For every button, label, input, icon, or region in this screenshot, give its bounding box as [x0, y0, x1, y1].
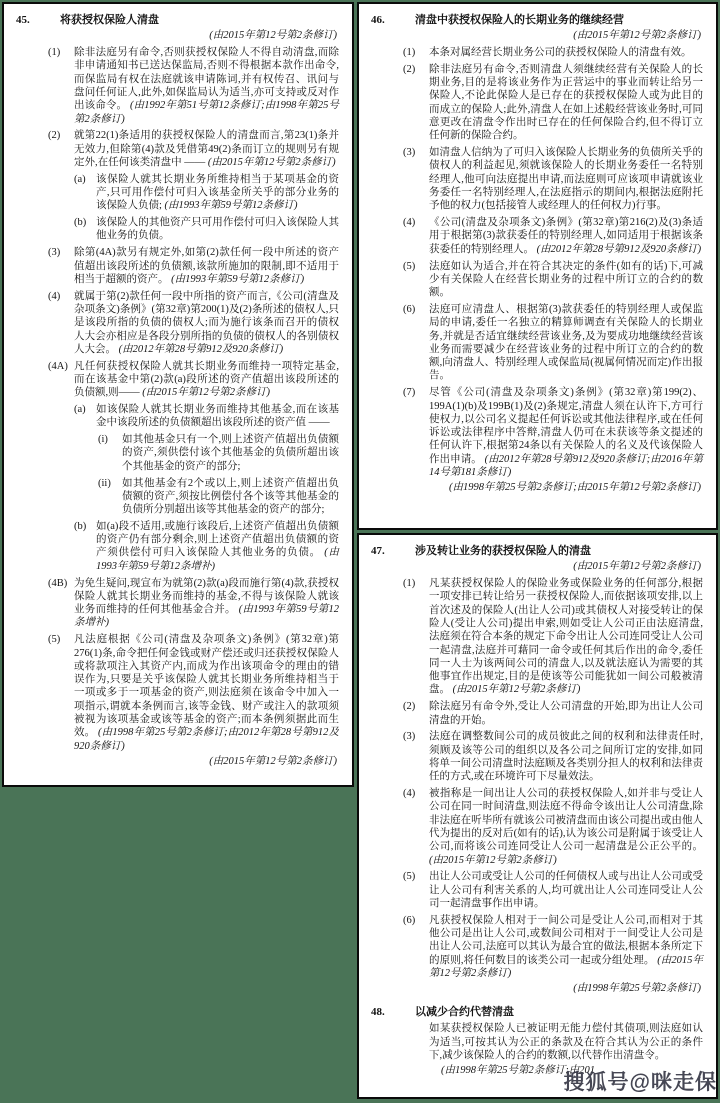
clause-text: 凡法庭根据《公司(清盘及杂项条文)条例》(第32章)第276(1)条,命令把任何…: [74, 633, 339, 753]
document-page: 45.将获授权保险人清盘(由2015年第12号第2条修订)(1)除非法庭另有命令…: [0, 0, 720, 1103]
clause-text: 如其他基金只有一个,则上述资产值超出负债额的资产,须供偿付该个其他基金的负债所超…: [122, 433, 339, 473]
clause-text: 本条对属经营长期业务公司的获授权保险人的清盘有效。: [429, 46, 703, 59]
amendment-text: (由2012年第28号第912及920条修订): [537, 244, 702, 255]
clause-4: (4)被指称是一间出让人公司的获授权保险人,如并非与受让人公司在同一时间清盘,则…: [369, 787, 703, 867]
section-number: 46.: [369, 14, 407, 27]
clause-text: 出让人公司或受让人公司的任何债权人或与出让人公司或受让人公司有利害关系的人,均可…: [429, 870, 703, 910]
section-title: 涉及转让业务的获授权保险人的清盘: [407, 545, 703, 558]
clause-2: (2)除非法庭另有命令,否则清盘人须继续经营有关保险人的长期业务,目的是将该业务…: [369, 63, 703, 143]
clause-label: (4A): [48, 360, 74, 400]
clause-ii: (ii)如其他基金有2个或以上,则上述资产值超出负债额的资产,须按比例偿付各个该…: [14, 477, 339, 517]
amendment-text: (由2015年第12号第2条修订): [142, 387, 270, 398]
clause-label: (1): [48, 46, 74, 126]
clause-text: 法庭在调整数间公司的成员彼此之间的权利和法律责任时,须顾及该等公司的组织以及各公…: [429, 730, 703, 783]
clause-text: 凡某获授权保险人的保险业务或保险业务的任何部分,根据一项安排已转让给另一获授权保…: [429, 577, 703, 697]
clause-1: (1)本条对属经营长期业务公司的获授权保险人的清盘有效。: [369, 46, 703, 59]
sohu-watermark: 搜狐号@咪走保: [564, 1066, 717, 1096]
clause-4B: (4B)为免生疑问,现宣布为就第(2)款(a)段而施行第(4)款,获授权保险人就…: [14, 577, 339, 630]
amendment-line: (由2015年第12号第2条修订): [14, 29, 339, 42]
clause-label: (ii): [98, 477, 122, 517]
clause-text: 该保险人就其长期业务所维持相当于某项基金的资产,只可用作偿付可归入该基金所关乎的…: [96, 173, 339, 213]
clause-label: (3): [403, 730, 429, 783]
clause-label: (1): [403, 577, 429, 697]
section-heading: 47.涉及转让业务的获授权保险人的清盘: [369, 545, 703, 558]
clause-5: (5)凡法庭根据《公司(清盘及杂项条文)条例》(第32章)第276(1)条,命令…: [14, 633, 339, 753]
amendment-text: (由1998年第25号第2条修订;由2012年第28号第912及920条修订): [74, 727, 339, 751]
clause-text: 如清盘人信纳为了可归入该保险人长期业务的负债所关乎的债权人的利益起见,须就该保险…: [429, 146, 703, 212]
section-45: 45.将获授权保险人清盘(由2015年第12号第2条修订)(1)除非法庭另有命令…: [14, 14, 339, 768]
clause-label: (2): [48, 129, 74, 169]
section-heading: 46.清盘中获授权保险人的长期业务的继续经营: [369, 14, 703, 27]
clause-1: (1)除非法庭另有命令,否则获授权保险人不得自动清盘,而除非申请通知书已送达保监…: [14, 46, 339, 126]
section-heading: 48.以减少合约代替清盘: [369, 1006, 703, 1019]
clause-text: 法庭如认为适合,并在符合其决定的条件(如有的话)下,可减少有关保险人在经营长期业…: [429, 260, 703, 300]
clause-text: 除法庭另有命令外,受让人公司清盘的开始,即为出让人公司清盘的开始。: [429, 700, 703, 727]
clause-label: (4): [403, 216, 429, 256]
clause-label: (6): [403, 914, 429, 980]
clause-text: 为免生疑问,现宣布为就第(2)款(a)段而施行第(4)款,获授权保险人就其长期业…: [74, 577, 339, 630]
clause-label: (5): [48, 633, 74, 753]
clause-4A: (4A)凡任何获授权保险人就其长期业务而维持一项特定基金,而在该基金中第(2)款…: [14, 360, 339, 400]
clause-2: (2)除法庭另有命令外,受让人公司清盘的开始,即为出让人公司清盘的开始。: [369, 700, 703, 727]
amendment-line: (由1998年第25号第2条修订;由2015年第12号第2条修订): [369, 481, 703, 494]
clause-label: (2): [403, 63, 429, 143]
clause-label: (3): [48, 246, 74, 286]
clause-text: 尽管《公司(清盘及杂项条文)条例》(第32章)第199(2)、199A(1)(b…: [429, 386, 703, 479]
clause-b: (b)如(a)段不适用,或施行该段后,上述资产值超出负债额的资产仍有部分剩余,则…: [14, 520, 339, 573]
clause-text: 该保险人的其他资产只可用作偿付可归入该保险人其他业务的负债。: [96, 216, 339, 243]
clause-i: (i)如其他基金只有一个,则上述资产值超出负债额的资产,须供偿付该个其他基金的负…: [14, 433, 339, 473]
section-number: 47.: [369, 545, 407, 558]
amendment-text: (由1993年第59号第12条修订): [165, 200, 298, 211]
clause-4: (4)《公司(清盘及杂项条文)条例》(第32章)第216(2)及(3)条适用于根…: [369, 216, 703, 256]
clause-4: (4)就属于第(2)款任何一段中所指的资产而言,《公司(清盘及杂项条文)条例》(…: [14, 290, 339, 356]
clause-3: (3)如清盘人信纳为了可归入该保险人长期业务的负债所关乎的债权人的利益起见,须就…: [369, 146, 703, 212]
clause-text: 如其他基金有2个或以上,则上述资产值超出负债额的资产,须按比例偿付各个该等其他基…: [122, 477, 339, 517]
amendment-text: (由2015年第12号第2条修订): [208, 157, 336, 168]
clause-text: 除非法庭另有命令,否则清盘人须继续经营有关保险人的长期业务,目的是将该业务作为正…: [429, 63, 703, 143]
right-column-box-bottom: 47.涉及转让业务的获授权保险人的清盘(由2015年第12号第2条修订)(1)凡…: [357, 533, 718, 1099]
section-46: 46.清盘中获授权保险人的长期业务的继续经营(由2015年第12号第2条修订)(…: [369, 14, 703, 495]
clause-label: (6): [403, 303, 429, 383]
clause-label: (7): [403, 386, 429, 479]
clause-label: (3): [403, 146, 429, 212]
clause-label: (b): [74, 216, 96, 243]
amendment-text: (由1993年第59号第12条增补): [74, 604, 339, 628]
clause-text: 如某获授权保险人已被证明无能力偿付其债项,则法庭如认为适当,可按其认为公正的条款…: [403, 1022, 703, 1062]
amendment-line: (由2015年第12号第2条修订): [369, 560, 703, 573]
amendment-text: (由2015年第12号第2条修订): [429, 955, 703, 979]
clause-label: (4): [403, 787, 429, 867]
amendment-text: (由2012年第28号第912及920条修订): [119, 344, 284, 355]
clause-label: (a): [74, 403, 96, 430]
amendment-text: (由1993年第59号第12条修订): [171, 274, 304, 285]
clause-text: 除非法庭另有命令,否则获授权保险人不得自动清盘,而除非申请通知书已送达保监局,否…: [74, 46, 339, 126]
clause-text: 如(a)段不适用,或施行该段后,上述资产值超出负债额的资产仍有部分剩余,则上述资…: [96, 520, 339, 573]
clause-label: (5): [403, 260, 429, 300]
clause-label: (1): [403, 46, 429, 59]
clause-label: (2): [403, 700, 429, 727]
clause-1: (1)凡某获授权保险人的保险业务或保险业务的任何部分,根据一项安排已转让给另一获…: [369, 577, 703, 697]
section-number: 45.: [14, 14, 52, 27]
clause-label: (5): [403, 870, 429, 910]
clause-label: (a): [74, 173, 96, 213]
amendment-text: (由2012年第28号第912及920条修订;由2016年第14号第181条修订…: [429, 454, 703, 478]
clause-5: (5)法庭如认为适合,并在符合其决定的条件(如有的话)下,可减少有关保险人在经营…: [369, 260, 703, 300]
clause-5: (5)出让人公司或受让人公司的任何债权人或与出让人公司或受让人公司有利害关系的人…: [369, 870, 703, 910]
amendment-line: (由1998年第25号第2条修订): [369, 982, 703, 995]
clause-7: (7)尽管《公司(清盘及杂项条文)条例》(第32章)第199(2)、199A(1…: [369, 386, 703, 479]
clause-label: (4): [48, 290, 74, 356]
section-number: 48.: [369, 1006, 407, 1019]
amendment-line: (由2015年第12号第2条修订): [14, 755, 339, 768]
clause-label: (b): [74, 520, 96, 573]
clause-body: 如某获授权保险人已被证明无能力偿付其债项,则法庭如认为适当,可按其认为公正的条款…: [369, 1022, 703, 1062]
clause-6: (6)法庭可应清盘人、根据第(3)款获委任的特别经理人或保监局的申请,委任一名独…: [369, 303, 703, 383]
clause-3: (3)除第(4A)款另有规定外,如第(2)款任何一段中所述的资产值超出该段所述的…: [14, 246, 339, 286]
clause-3: (3)法庭在调整数间公司的成员彼此之间的权利和法律责任时,须顾及该等公司的组织以…: [369, 730, 703, 783]
section-title: 清盘中获授权保险人的长期业务的继续经营: [407, 14, 703, 27]
clause-6: (6)凡获授权保险人相对于一间公司是受让人公司,而相对于其他公司是出让人公司,或…: [369, 914, 703, 980]
amendment-line: (由2015年第12号第2条修订): [369, 29, 703, 42]
clause-label: (i): [98, 433, 122, 473]
left-column-box: 45.将获授权保险人清盘(由2015年第12号第2条修订)(1)除非法庭另有命令…: [2, 2, 354, 787]
amendment-text: (由2015年第12号第2条修订): [453, 684, 581, 695]
clause-text: 就属于第(2)款任何一段中所指的资产而言,《公司(清盘及杂项条文)条例》(第32…: [74, 290, 339, 356]
clause-text: 法庭可应清盘人、根据第(3)款获委任的特别经理人或保监局的申请,委任一名独立的精…: [429, 303, 703, 383]
clause-a: (a)如该保险人就其长期业务而维持其他基金,而在该基金中该段所述的负债额超出该段…: [14, 403, 339, 430]
clause-text: 除第(4A)款另有规定外,如第(2)款任何一段中所述的资产值超出该段所述的负债额…: [74, 246, 339, 286]
section-heading: 45.将获授权保险人清盘: [14, 14, 339, 27]
clause-text: 凡任何获授权保险人就其长期业务而维持一项特定基金,而在该基金中第(2)款(a)段…: [74, 360, 339, 400]
clause-a: (a)该保险人就其长期业务所维持相当于某项基金的资产,只可用作偿付可归入该基金所…: [14, 173, 339, 213]
clause-text: 如该保险人就其长期业务而维持其他基金,而在该基金中该段所述的负债额超出该段所述的…: [96, 403, 339, 430]
section-title: 将获授权保险人清盘: [52, 14, 339, 27]
amendment-text: (由1993年第59号第12条增补): [96, 547, 339, 571]
section-title: 以减少合约代替清盘: [407, 1006, 703, 1019]
section-47: 47.涉及转让业务的获授权保险人的清盘(由2015年第12号第2条修订)(1)凡…: [369, 545, 703, 996]
clause-text: 就第22(1)条适用的获授权保险人的清盘而言,第23(1)条并无效力,但除第(4…: [74, 129, 339, 169]
clause-label: (4B): [48, 577, 74, 630]
clause-2: (2)就第22(1)条适用的获授权保险人的清盘而言,第23(1)条并无效力,但除…: [14, 129, 339, 169]
clause-text: 被指称是一间出让人公司的获授权保险人,如并非与受让人公司在同一时间清盘,则法庭不…: [429, 787, 703, 867]
amendment-text: (由2015年第12号第2条修订): [429, 855, 557, 866]
clause-text: 《公司(清盘及杂项条文)条例》(第32章)第216(2)及(3)条适用于根据第(…: [429, 216, 703, 256]
right-column-box-top: 46.清盘中获授权保险人的长期业务的继续经营(由2015年第12号第2条修订)(…: [357, 2, 718, 530]
amendment-text: (由1992年第51号第12条修订;由1998年第25号第2条修订): [74, 100, 339, 124]
clause-b: (b)该保险人的其他资产只可用作偿付可归入该保险人其他业务的负债。: [14, 216, 339, 243]
clause-text: 凡获授权保险人相对于一间公司是受让人公司,而相对于其他公司是出让人公司,或数间公…: [429, 914, 703, 980]
